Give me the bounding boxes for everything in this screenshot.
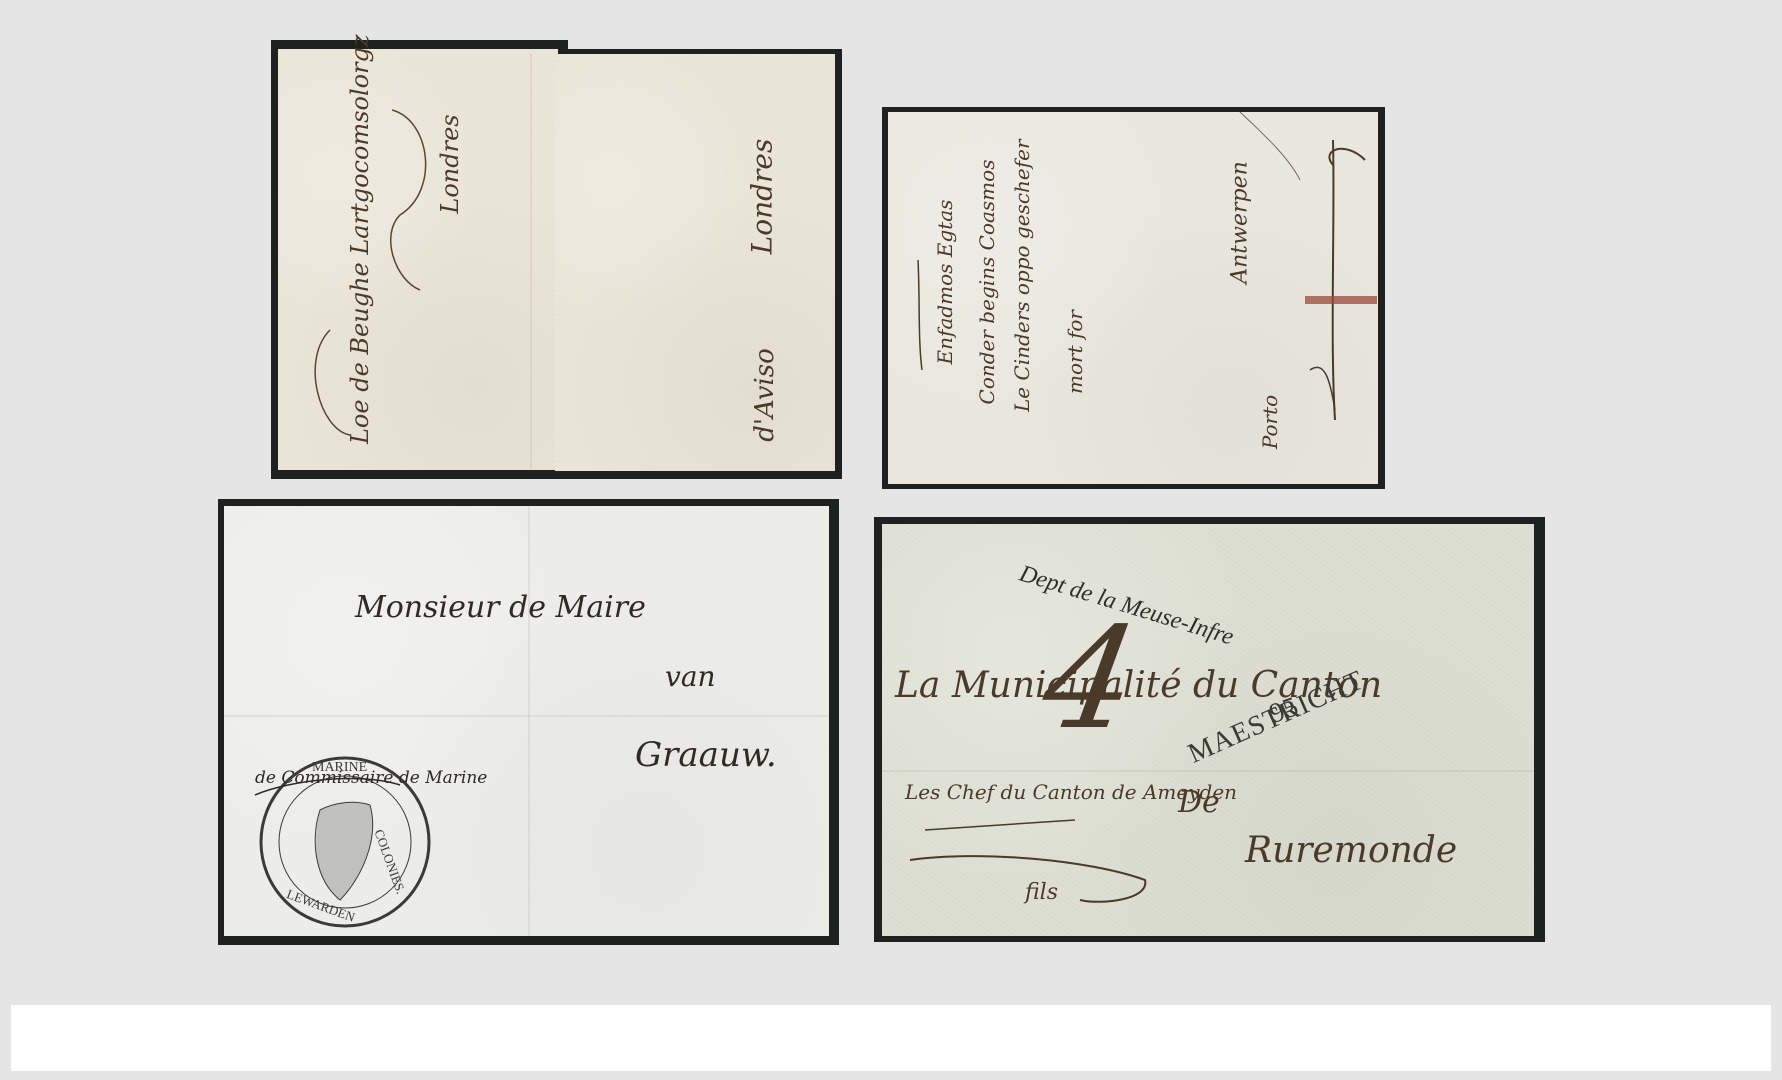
letter-4-strike bbox=[0, 0, 1782, 1080]
caption-bar bbox=[11, 1005, 1771, 1071]
